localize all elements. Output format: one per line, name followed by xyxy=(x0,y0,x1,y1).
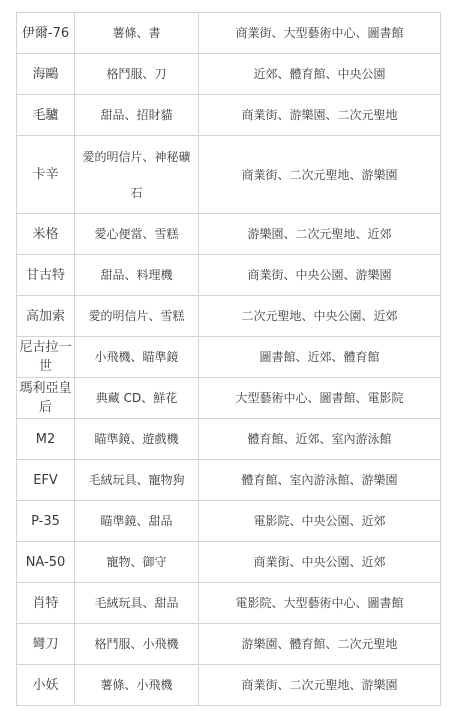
date-locations: 近郊、體育館、中央公園 xyxy=(199,54,441,95)
date-locations: 商業街、大型藝術中心、圖書館 xyxy=(199,13,441,54)
table-row: M2 瞄準鏡、遊戲機 體育館、近郊、室內游泳館 xyxy=(17,419,441,460)
favorite-gifts: 甜品、招財貓 xyxy=(75,95,199,136)
date-locations: 商業街、二次元聖地、游樂園 xyxy=(199,136,441,214)
favorite-gifts: 毛絨玩具、甜品 xyxy=(75,583,199,624)
table-row: 小妖 薯條、小飛機 商業街、二次元聖地、游樂園 xyxy=(17,665,441,706)
date-locations: 體育館、室內游泳館、游樂園 xyxy=(199,460,441,501)
table-row: 高加索 愛的明信片、雪糕 二次元聖地、中央公園、近郊 xyxy=(17,296,441,337)
character-name: P-35 xyxy=(17,501,75,542)
character-name: 彎刀 xyxy=(17,624,75,665)
favorite-gifts: 格鬥服、小飛機 xyxy=(75,624,199,665)
character-name: 伊爾-76 xyxy=(17,13,75,54)
date-locations: 二次元聖地、中央公園、近郊 xyxy=(199,296,441,337)
character-gift-table: 伊爾-76 薯條、書 商業街、大型藝術中心、圖書館 海鷗 格鬥服、刀 近郊、體育… xyxy=(16,12,441,706)
date-locations: 體育館、近郊、室內游泳館 xyxy=(199,419,441,460)
character-name: 甘古特 xyxy=(17,255,75,296)
favorite-gifts: 愛的明信片、神秘礦石 xyxy=(75,136,199,214)
date-locations: 大型藝術中心、圖書館、電影院 xyxy=(199,378,441,419)
table-row: 海鷗 格鬥服、刀 近郊、體育館、中央公園 xyxy=(17,54,441,95)
date-locations: 圖書館、近郊、體育館 xyxy=(199,337,441,378)
date-locations: 商業街、中央公園、游樂園 xyxy=(199,255,441,296)
favorite-gifts: 小飛機、瞄準鏡 xyxy=(75,337,199,378)
character-name: EFV xyxy=(17,460,75,501)
table-row: 伊爾-76 薯條、書 商業街、大型藝術中心、圖書館 xyxy=(17,13,441,54)
character-name: 高加索 xyxy=(17,296,75,337)
favorite-gifts: 薯條、小飛機 xyxy=(75,665,199,706)
favorite-gifts: 甜品、料理機 xyxy=(75,255,199,296)
favorite-gifts: 薯條、書 xyxy=(75,13,199,54)
character-name: 毛驢 xyxy=(17,95,75,136)
character-name: 米格 xyxy=(17,214,75,255)
favorite-gifts: 愛的明信片、雪糕 xyxy=(75,296,199,337)
date-locations: 商業街、中央公園、近郊 xyxy=(199,542,441,583)
table-row: 毛驢 甜品、招財貓 商業街、游樂園、二次元聖地 xyxy=(17,95,441,136)
character-name: 尼古拉一世 xyxy=(17,337,75,378)
favorite-gifts: 瞄準鏡、甜品 xyxy=(75,501,199,542)
character-name: 海鷗 xyxy=(17,54,75,95)
date-locations: 游樂園、體育館、二次元聖地 xyxy=(199,624,441,665)
table-row: 瑪利亞皇后 典藏 CD、鮮花 大型藝術中心、圖書館、電影院 xyxy=(17,378,441,419)
table-row: P-35 瞄準鏡、甜品 電影院、中央公園、近郊 xyxy=(17,501,441,542)
date-locations: 電影院、中央公園、近郊 xyxy=(199,501,441,542)
date-locations: 電影院、大型藝術中心、圖書館 xyxy=(199,583,441,624)
favorite-gifts: 瞄準鏡、遊戲機 xyxy=(75,419,199,460)
character-name: 卡辛 xyxy=(17,136,75,214)
character-name: 小妖 xyxy=(17,665,75,706)
table-row: NA-50 寵物、御守 商業街、中央公園、近郊 xyxy=(17,542,441,583)
favorite-gifts: 毛絨玩具、寵物狗 xyxy=(75,460,199,501)
favorite-gifts: 愛心便當、雪糕 xyxy=(75,214,199,255)
table-row: EFV 毛絨玩具、寵物狗 體育館、室內游泳館、游樂園 xyxy=(17,460,441,501)
date-locations: 游樂園、二次元聖地、近郊 xyxy=(199,214,441,255)
date-locations: 商業街、二次元聖地、游樂園 xyxy=(199,665,441,706)
table-row: 彎刀 格鬥服、小飛機 游樂園、體育館、二次元聖地 xyxy=(17,624,441,665)
table-row: 甘古特 甜品、料理機 商業街、中央公園、游樂園 xyxy=(17,255,441,296)
character-name: NA-50 xyxy=(17,542,75,583)
table-row: 卡辛 愛的明信片、神秘礦石 商業街、二次元聖地、游樂園 xyxy=(17,136,441,214)
character-name: 瑪利亞皇后 xyxy=(17,378,75,419)
table-row: 尼古拉一世 小飛機、瞄準鏡 圖書館、近郊、體育館 xyxy=(17,337,441,378)
table-row: 肖特 毛絨玩具、甜品 電影院、大型藝術中心、圖書館 xyxy=(17,583,441,624)
favorite-gifts: 寵物、御守 xyxy=(75,542,199,583)
character-name: M2 xyxy=(17,419,75,460)
date-locations: 商業街、游樂園、二次元聖地 xyxy=(199,95,441,136)
favorite-gifts: 格鬥服、刀 xyxy=(75,54,199,95)
character-name: 肖特 xyxy=(17,583,75,624)
table-row: 米格 愛心便當、雪糕 游樂園、二次元聖地、近郊 xyxy=(17,214,441,255)
favorite-gifts: 典藏 CD、鮮花 xyxy=(75,378,199,419)
